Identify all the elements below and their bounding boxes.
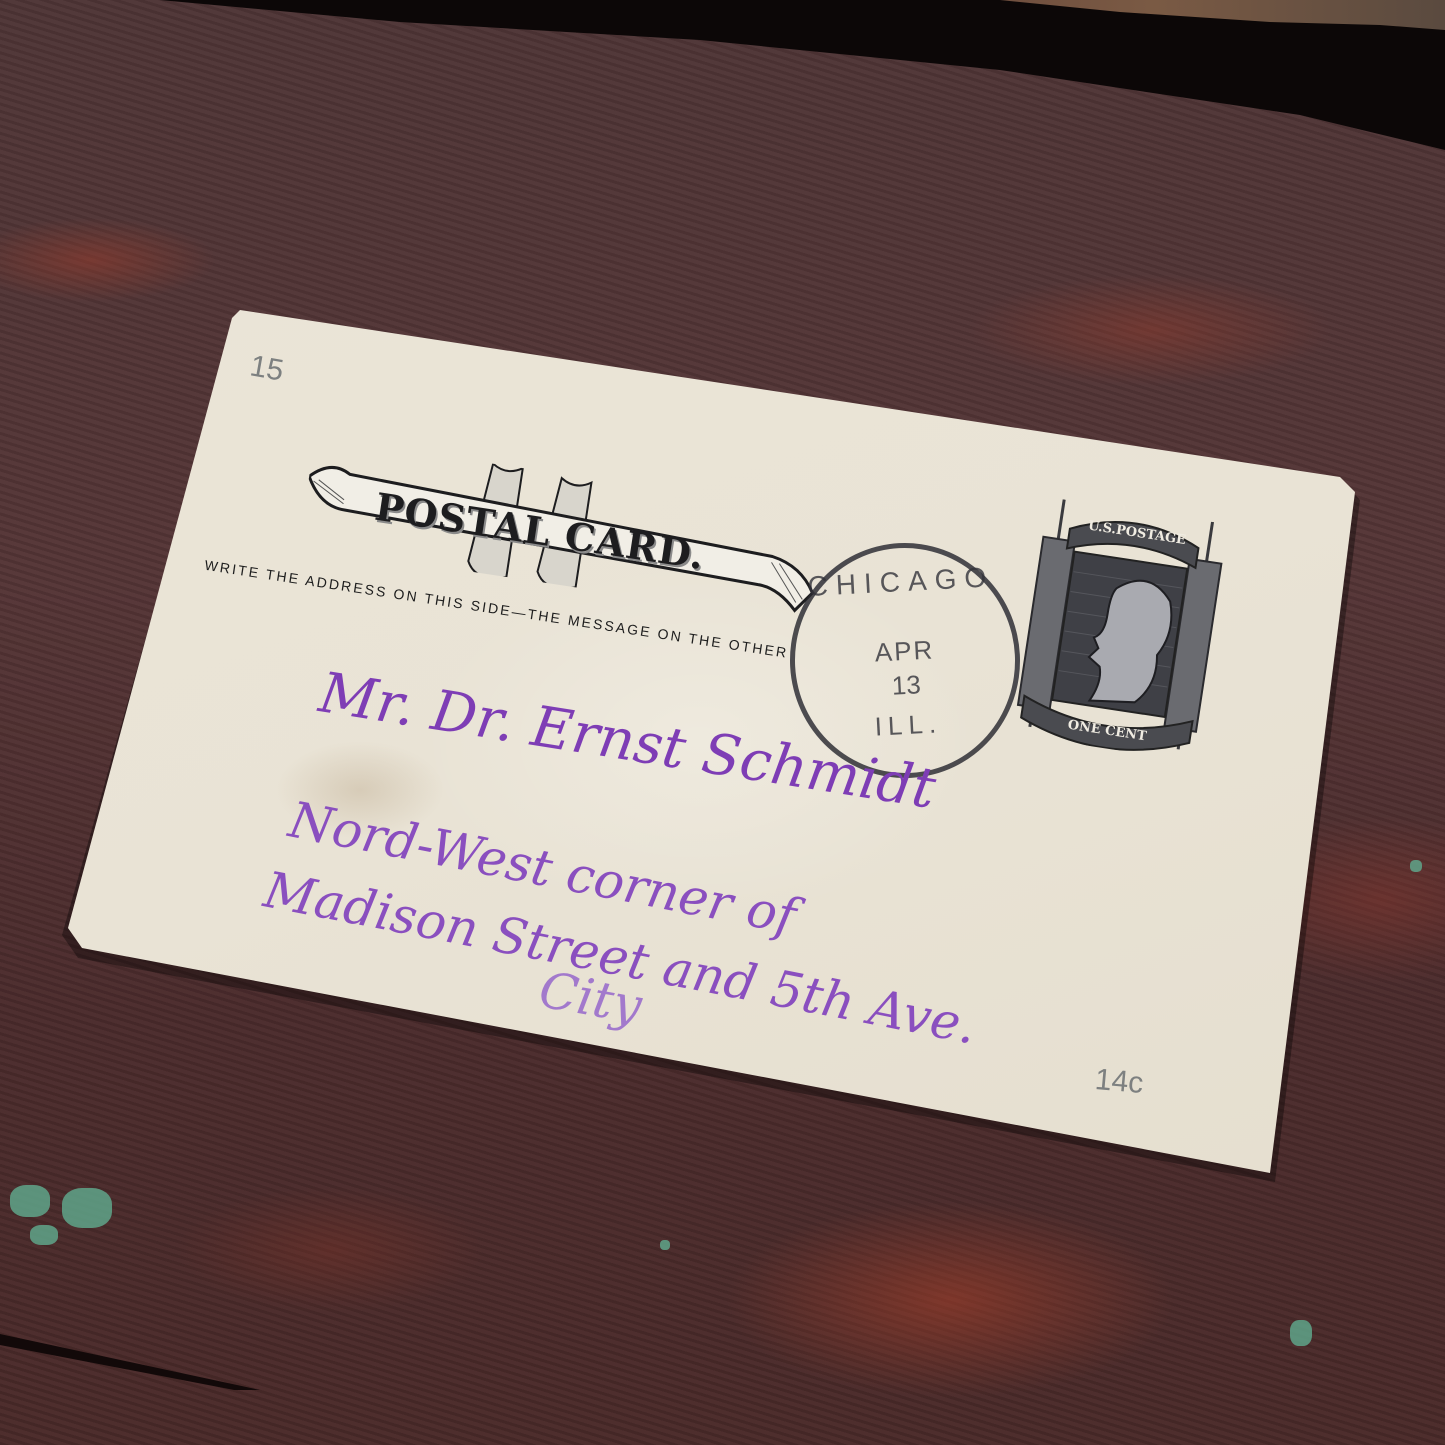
green-paint-fleck xyxy=(660,1240,670,1250)
pencil-note-price: 14c xyxy=(1094,1063,1145,1101)
green-paint-fleck xyxy=(1290,1320,1312,1346)
photo-scene: POSTAL CARD. WRITE THE ADDRESS ON THIS S… xyxy=(0,0,1445,1445)
pencil-note-top-left: 15 xyxy=(247,349,286,388)
green-paint-fleck xyxy=(30,1225,58,1245)
green-paint-fleck xyxy=(10,1185,50,1217)
green-paint-fleck xyxy=(1410,860,1422,872)
green-paint-fleck xyxy=(62,1188,112,1228)
